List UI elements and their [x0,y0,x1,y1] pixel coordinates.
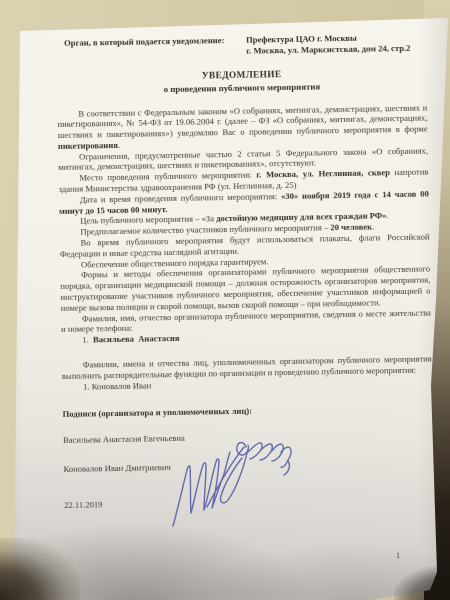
signature-konovalov-ink [173,452,230,526]
signature-vasileva-ink [207,443,291,508]
desk-shadow-bottom-right [394,566,450,600]
document-photo: Орган, в который подается уведомление: П… [0,0,450,600]
desk-shadow-bottom-left [0,538,80,600]
paper-sheet: Орган, в который подается уведомление: П… [0,0,450,600]
signatures-overlay [0,0,450,600]
